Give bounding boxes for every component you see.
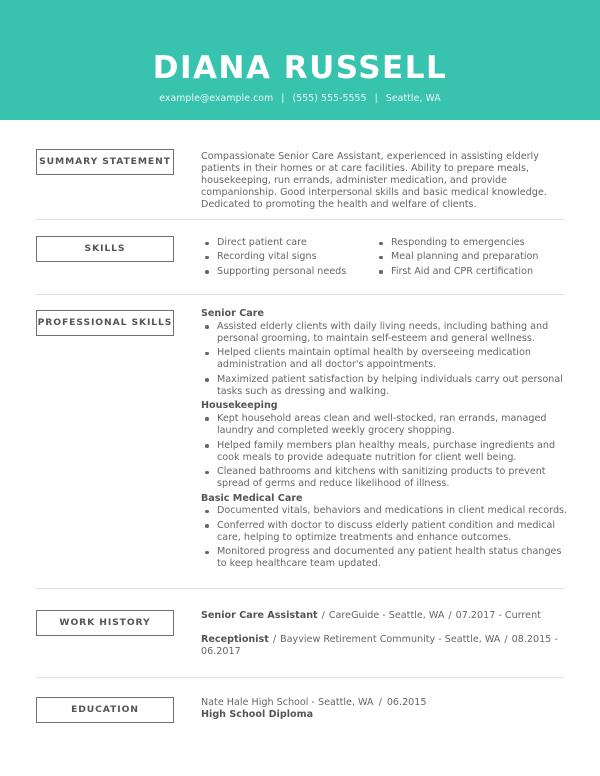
separator: / [504,634,507,645]
achievement-item: Conferred with doctor to discuss elderly… [201,520,571,544]
education-content: Nate Hale High School - Seattle, WA/06.2… [201,697,571,721]
achievement-item: Kept household areas clean and well-stoc… [201,413,571,437]
skills-column-right: Responding to emergencies Meal planning … [375,237,540,280]
skill-group-heading: Basic Medical Care [201,493,571,505]
professional-skills-label: PROFESSIONAL SKILLS [36,310,174,336]
separator: / [322,610,325,621]
skill-group-senior-care: Senior Care Assisted elderly clients wit… [201,308,571,398]
skill-group-items: Kept household areas clean and well-stoc… [201,413,571,490]
skills-list: Direct patient care Recording vital sign… [201,237,571,280]
skill-group-items: Documented vitals, behaviors and medicat… [201,505,571,570]
achievement-item: Assisted elderly clients with daily livi… [201,321,571,345]
section-divider [36,219,564,220]
separator: / [448,610,451,621]
skill-group-housekeeping: Housekeeping Kept household areas clean … [201,400,571,490]
job-entry: Receptionist/Bayview Retirement Communit… [201,634,571,658]
skill-item: Direct patient care [201,237,366,249]
achievement-item: Helped clients maintain optimal health b… [201,347,571,371]
section-divider [36,294,564,295]
candidate-name: DIANA RUSSELL [0,53,600,84]
skill-group-heading: Senior Care [201,308,571,320]
degree: High School Diploma [201,709,571,721]
professional-skills-content: Senior Care Assisted elderly clients wit… [201,308,571,573]
section-divider [36,677,564,678]
contact-separator: | [375,93,378,104]
job-company: CareGuide - Seattle, WA [329,610,445,621]
section-divider [36,588,564,589]
achievement-item: Maximized patient satisfaction by helpin… [201,374,571,398]
skill-item: Meal planning and preparation [375,251,540,263]
job-entry: Senior Care Assistant/CareGuide - Seattl… [201,610,571,622]
summary-label: SUMMARY STATEMENT [36,149,174,175]
separator: / [273,634,276,645]
phone-number: (555) 555-5555 [292,93,366,104]
skill-item: Supporting personal needs [201,266,366,278]
job-title: Receptionist [201,634,269,645]
job-company: Bayview Retirement Community - Seattle, … [280,634,500,645]
work-history-content: Senior Care Assistant/CareGuide - Seattl… [201,610,571,670]
job-title: Senior Care Assistant [201,610,318,621]
contact-separator: | [281,93,284,104]
skill-item: First Aid and CPR certification [375,266,540,278]
skill-group-heading: Housekeeping [201,400,571,412]
achievement-item: Helped family members plan healthy meals… [201,440,571,464]
skill-group-items: Assisted elderly clients with daily livi… [201,321,571,398]
graduation-date: 06.2015 [387,697,427,708]
achievement-item: Documented vitals, behaviors and medicat… [201,505,571,517]
location: Seattle, WA [386,93,441,104]
summary-text: Compassionate Senior Care Assistant, exp… [201,151,571,211]
skill-group-basic-medical-care: Basic Medical Care Documented vitals, be… [201,493,571,571]
email-link[interactable]: example@example.com [159,93,273,104]
education-label: EDUCATION [36,697,174,723]
achievement-item: Cleaned bathrooms and kitchens with sani… [201,466,571,490]
education-school-line: Nate Hale High School - Seattle, WA/06.2… [201,697,571,709]
contact-line: example@example.com|(555) 555-5555|Seatt… [0,93,600,104]
achievement-item: Monitored progress and documented any pa… [201,546,571,570]
separator: / [379,697,382,708]
skill-item: Responding to emergencies [375,237,540,249]
skills-label: SKILLS [36,236,174,262]
job-dates: 07.2017 - Current [456,610,541,621]
work-history-label: WORK HISTORY [36,610,174,636]
skills-column-left: Direct patient care Recording vital sign… [201,237,366,280]
school-name: Nate Hale High School - Seattle, WA [201,697,374,708]
resume-header: DIANA RUSSELL example@example.com|(555) … [0,0,600,120]
skill-item: Recording vital signs [201,251,366,263]
